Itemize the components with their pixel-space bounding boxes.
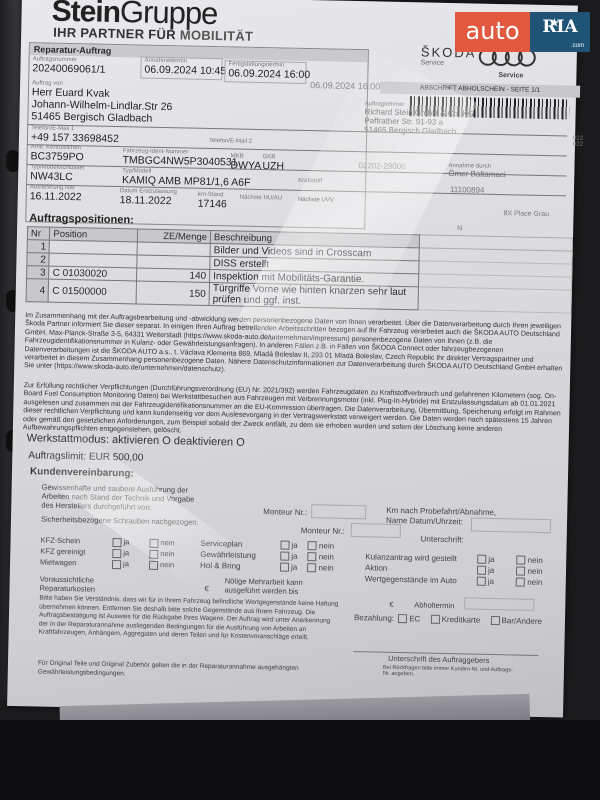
auftragslimit: Auftragslimit: EUR 500,00 xyxy=(28,450,143,463)
row-desc: Türgriffe Vorne wie hinten knarzen sehr … xyxy=(209,282,418,309)
customer-field: Auftrag von Herr Euard Kvak Johann-Wilhe… xyxy=(31,80,173,125)
no-label: nein xyxy=(528,556,543,565)
watermark-ria: ★ RIA .com xyxy=(530,12,590,52)
row-nr: 4 xyxy=(26,279,49,302)
check-mietwagen: Mietwagenja nein xyxy=(40,557,174,571)
km-field: km-Stand 17146 xyxy=(198,192,228,211)
autoria-watermark: auto ★ RIA .com xyxy=(455,12,590,52)
tagline-b: MOBILITÄT xyxy=(180,27,254,44)
mid-checklist: Serviceplanja nein Gewährleistungja nein… xyxy=(200,538,334,574)
fin-field: Fahrzeug-Ident-Nummer TMBGC4NW5P3040531 xyxy=(122,148,237,168)
kundenvereinbarung-title: Kundenvereinbarung: xyxy=(30,466,134,479)
monteur-input-1[interactable] xyxy=(311,504,366,519)
uvv-label: Nächste UVV xyxy=(298,197,334,204)
no-label: nein xyxy=(160,549,174,558)
monteur-label-2: Monteur Nr.: xyxy=(301,526,345,536)
payment-row: Bezahlung: EC Kreditkarte Bar/Andere xyxy=(354,613,542,626)
liability-text: Bitte haben Sie Verständnis, dass wir fü… xyxy=(39,594,340,643)
payment-label: Bezahlung: xyxy=(354,613,394,623)
no-label: nein xyxy=(160,538,174,547)
order-number: 20240069061/1 xyxy=(32,62,105,76)
audi-service-label: Service xyxy=(498,72,523,80)
checkbox-no[interactable] xyxy=(149,549,158,558)
tagline: IHR PARTNER FÜR MOBILITÄT xyxy=(53,25,253,44)
right-checklist: Kulanzantrag wird gestelltja nein Aktion… xyxy=(365,551,543,588)
pay-ec: EC xyxy=(409,614,420,623)
checkbox-yes[interactable] xyxy=(112,549,121,558)
gkb-value: UZH xyxy=(262,160,284,172)
yes-label: ja xyxy=(123,537,129,546)
euro-sign: € xyxy=(204,584,208,593)
checkbox-no[interactable] xyxy=(308,552,317,561)
no-label: nein xyxy=(527,578,542,587)
privacy-paragraph: Im Zusammenhang mit der Auftragsbearbeit… xyxy=(24,312,565,382)
repair-order-document: SteinGruppe IHR PARTNER FÜR MOBILITÄT ŠK… xyxy=(7,0,578,717)
monteur-label-1: Monteur Nr.: xyxy=(263,507,307,517)
phone1-field: Telefon/E-Mail 1 +49 157 33698452 xyxy=(31,125,119,145)
side-dates: 022 022 xyxy=(573,136,583,148)
kennzeichen-field: Amtl. Kennzeichen BC3759PO xyxy=(30,144,83,163)
costs-line: Reparaturkosten xyxy=(39,583,95,593)
positions-title: Auftragspositionen: xyxy=(29,212,134,226)
checkbox-ec[interactable] xyxy=(398,614,407,623)
left-checklist: KFZ-Scheinja nein KFZ gereinigtja nein M… xyxy=(40,535,175,571)
fertig-value: 06.09.2024 16:00 xyxy=(228,67,310,81)
abhol-value: 06.09.2024 16:00 xyxy=(310,80,380,91)
km-value: 17146 xyxy=(198,198,227,211)
yes-label: ja xyxy=(291,563,297,572)
checkbox-kreditkarte[interactable] xyxy=(431,615,440,624)
no-label: nein xyxy=(319,541,334,550)
row-extra xyxy=(418,287,572,313)
watermark-domain: .com xyxy=(571,42,584,50)
abholtermin-label: Abholtermin xyxy=(414,600,454,610)
no-label: nein xyxy=(527,567,542,576)
row-nr: 3 xyxy=(27,266,50,279)
clean-execution-text: Gewissenhafte und saubere Ausführung der… xyxy=(41,483,194,513)
checkbox-yes[interactable] xyxy=(280,563,289,572)
dark-background xyxy=(0,720,600,800)
yes-label: ja xyxy=(488,555,494,564)
pay-kreditkarte: Kreditkarte xyxy=(442,615,481,625)
row-nr: 1 xyxy=(27,240,50,253)
annahme-value: 06.09.2024 10:45 xyxy=(144,64,226,78)
yes-label: ja xyxy=(488,577,494,586)
yes-label: ja xyxy=(291,541,297,550)
star-icon: ★ xyxy=(550,9,559,39)
yes-label: ja xyxy=(488,566,494,575)
typ-field: Typ/Modellschlüssel NW43LC xyxy=(30,164,84,183)
checkbox-no[interactable] xyxy=(149,538,158,547)
flag-value: N xyxy=(457,225,462,232)
mehrarbeit-line: ausgeführt werden bis xyxy=(224,585,302,596)
hu-label: Nächste HU/AU xyxy=(240,195,282,202)
signature-label: Unterschrift des Auftraggebers xyxy=(388,654,489,665)
warranty-text: Für Original Teile und Original Zubehör … xyxy=(38,659,328,682)
typ-value: NW43LC xyxy=(30,170,84,183)
checkbox-no[interactable] xyxy=(516,578,525,587)
no-label: nein xyxy=(318,563,333,572)
fertig-field: Fertigstellungstermin 06.09.2024 16:00 xyxy=(228,61,310,81)
checkbox-no[interactable] xyxy=(308,542,317,551)
check-label: Hol & Bring xyxy=(200,560,278,573)
checkbox-no[interactable] xyxy=(149,560,158,569)
checkbox-yes[interactable] xyxy=(477,577,486,586)
probefahrt-input[interactable] xyxy=(471,518,551,534)
color-value: 8X Place Grau xyxy=(503,210,549,218)
yes-label: ja xyxy=(123,559,129,568)
kraftstoff-label: Kraftstoff xyxy=(298,178,322,184)
watermark-ria-text: RIA xyxy=(542,17,577,37)
check-label: Mietwagen xyxy=(40,557,110,569)
annahme-field: Annahmetermin 06.09.2024 10:45 xyxy=(144,58,226,78)
checkbox-yes[interactable] xyxy=(477,555,486,564)
checkbox-yes[interactable] xyxy=(280,541,289,550)
unterschrift-label: Unterschrift: xyxy=(421,534,464,544)
check-wertgegenstaende: Wertgegenstände im Autoja nein xyxy=(365,573,543,588)
pay-bar: Bar/Andere xyxy=(501,616,542,626)
checkbox-no[interactable] xyxy=(517,556,526,565)
euro-sign-2: € xyxy=(389,600,393,609)
checkbox-yes[interactable] xyxy=(477,566,486,575)
checkbox-no[interactable] xyxy=(307,563,316,572)
kennzeichen-value: BC3759PO xyxy=(30,150,83,163)
erstzulassung-value: 18.11.2022 xyxy=(120,194,177,207)
tagline-a: IHR PARTNER FÜR xyxy=(53,25,180,43)
phone2-label: Telefon/E-Mail 2 xyxy=(209,138,252,145)
yes-label: ja xyxy=(123,548,129,557)
watermark-auto: auto xyxy=(455,12,530,52)
yes-label: ja xyxy=(291,552,297,561)
no-label: nein xyxy=(319,552,334,561)
auslieferung-field: Auslieferung NW 16.11.2022 xyxy=(30,184,82,203)
row-position: C 01500000 xyxy=(49,279,137,304)
signature-sub: Bei Rückfragen bitte immer Kunden-Nr. un… xyxy=(383,665,513,680)
erstzulassung-field: Datum Erstzulassung 18.11.2022 xyxy=(120,188,177,207)
auslieferung-value: 16.11.2022 xyxy=(30,190,82,203)
phone1-value: +49 157 33698452 xyxy=(31,131,119,145)
checkbox-yes[interactable] xyxy=(112,560,121,569)
check-label: Wertgegenstände im Auto xyxy=(365,573,475,586)
positions-table: Nr Position ZE/Menge Beschreibung 1 Bild… xyxy=(26,226,573,313)
checkbox-yes[interactable] xyxy=(112,538,121,547)
checkbox-bar[interactable] xyxy=(490,616,499,625)
abholtermin-input[interactable] xyxy=(464,597,534,610)
mehrarbeit-label: Nötige Mehrarbeit kann ausgeführt werden… xyxy=(224,576,302,596)
skoda-sub: Service xyxy=(421,59,477,67)
side-date: 022 xyxy=(573,142,583,148)
order-number-field: Auftragsnummer 20240069061/1 xyxy=(32,56,105,76)
col-nr: Nr xyxy=(27,227,50,240)
row-qty: 150 xyxy=(136,281,209,306)
repair-costs-label: Voraussichtliche Reparaturkosten xyxy=(39,575,95,594)
check-hol-bring: Hol & Bringja nein xyxy=(200,560,334,574)
row-nr: 2 xyxy=(27,253,50,266)
dealer-phone: 02202-29000 xyxy=(358,161,405,171)
annahme-durch-field: Annahme durch Ömer Baltamaci xyxy=(448,163,506,179)
checkbox-yes[interactable] xyxy=(280,552,289,561)
checkbox-no[interactable] xyxy=(516,567,525,576)
no-label: nein xyxy=(160,560,174,569)
safety-text: Sicherheitsbezogene Schrauben nachgezoge… xyxy=(41,515,199,527)
